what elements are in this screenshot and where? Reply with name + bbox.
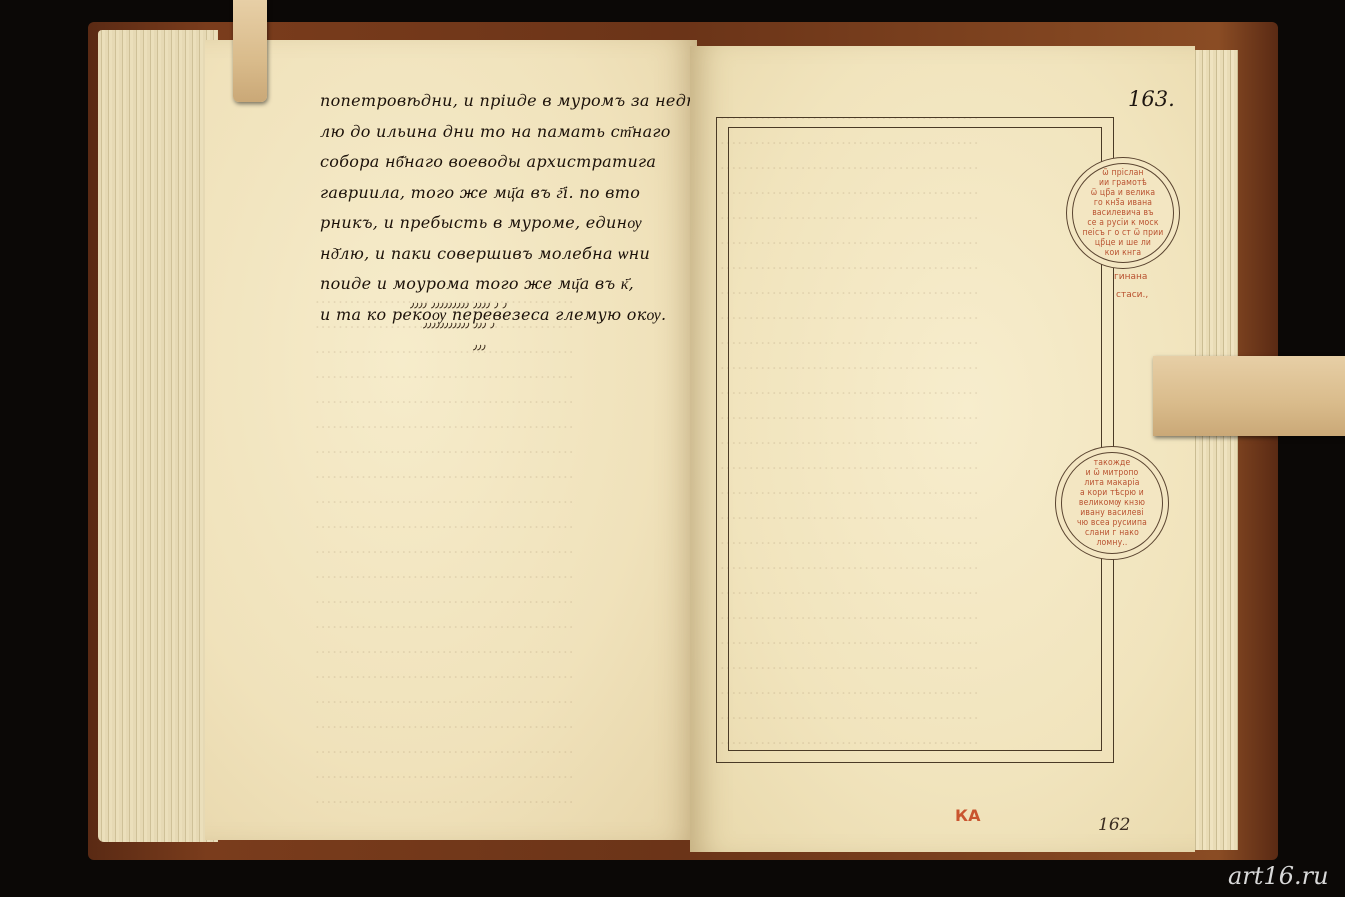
seal-top: ѿ прiслан ии грамотѣ ѿ цр҃а и велика го …	[1066, 157, 1180, 269]
text-line: собора нб҃наго воеводы архистратига	[320, 147, 701, 178]
wooden-holder-top	[233, 0, 267, 102]
quire-signature: КА	[955, 806, 980, 825]
text-line: гавриила, того же мц҃а въ г҃i. по вто	[320, 178, 701, 209]
seal-bottom: такожде и ѿ митропо лита макарiа а кори …	[1055, 446, 1169, 560]
ornament-line: ٫ ٫ ٫٫٫٫ ٫٫٫٫٫٫٫٫٫ ٫٫٫٫	[410, 296, 507, 311]
bleed-through-text: ········································…	[315, 290, 695, 815]
folio-number: 163.	[1128, 87, 1175, 111]
text-line: нд҃лю, и паки совершивъ молебна ѡни	[320, 239, 701, 270]
left-page: ········································…	[205, 40, 697, 840]
text-line: и та ко рекоѹ перевезеса глемую окѹ.	[320, 300, 701, 331]
page-frame-inner	[728, 127, 1102, 751]
wooden-holder-right	[1153, 356, 1345, 436]
seal-note: гинана	[1114, 272, 1147, 282]
manuscript-text: попетровѣдни, и прiиде в муромъ за недѣ …	[320, 86, 701, 330]
ornament-line: ٫ ٫٫٫ ٫٫٫٫٫٫٫٫٫٫٫	[423, 316, 495, 331]
seal-note: стаси.,	[1116, 290, 1148, 300]
page-number: 162	[1098, 815, 1130, 835]
text-line: рникъ, и пребысть в муроме, единѹ	[320, 208, 701, 239]
text-line: поиде и моурома того же мц҃а въ к҃,	[320, 269, 701, 300]
left-page-edges	[98, 30, 218, 842]
text-line: лю до ильина дни то на памать ст҃наго	[320, 117, 701, 148]
ornament-line: ٫٫٫	[473, 338, 486, 353]
watermark: art16.ru	[1228, 862, 1329, 890]
text-line: попетровѣдни, и прiиде в муромъ за недѣ	[320, 86, 701, 117]
